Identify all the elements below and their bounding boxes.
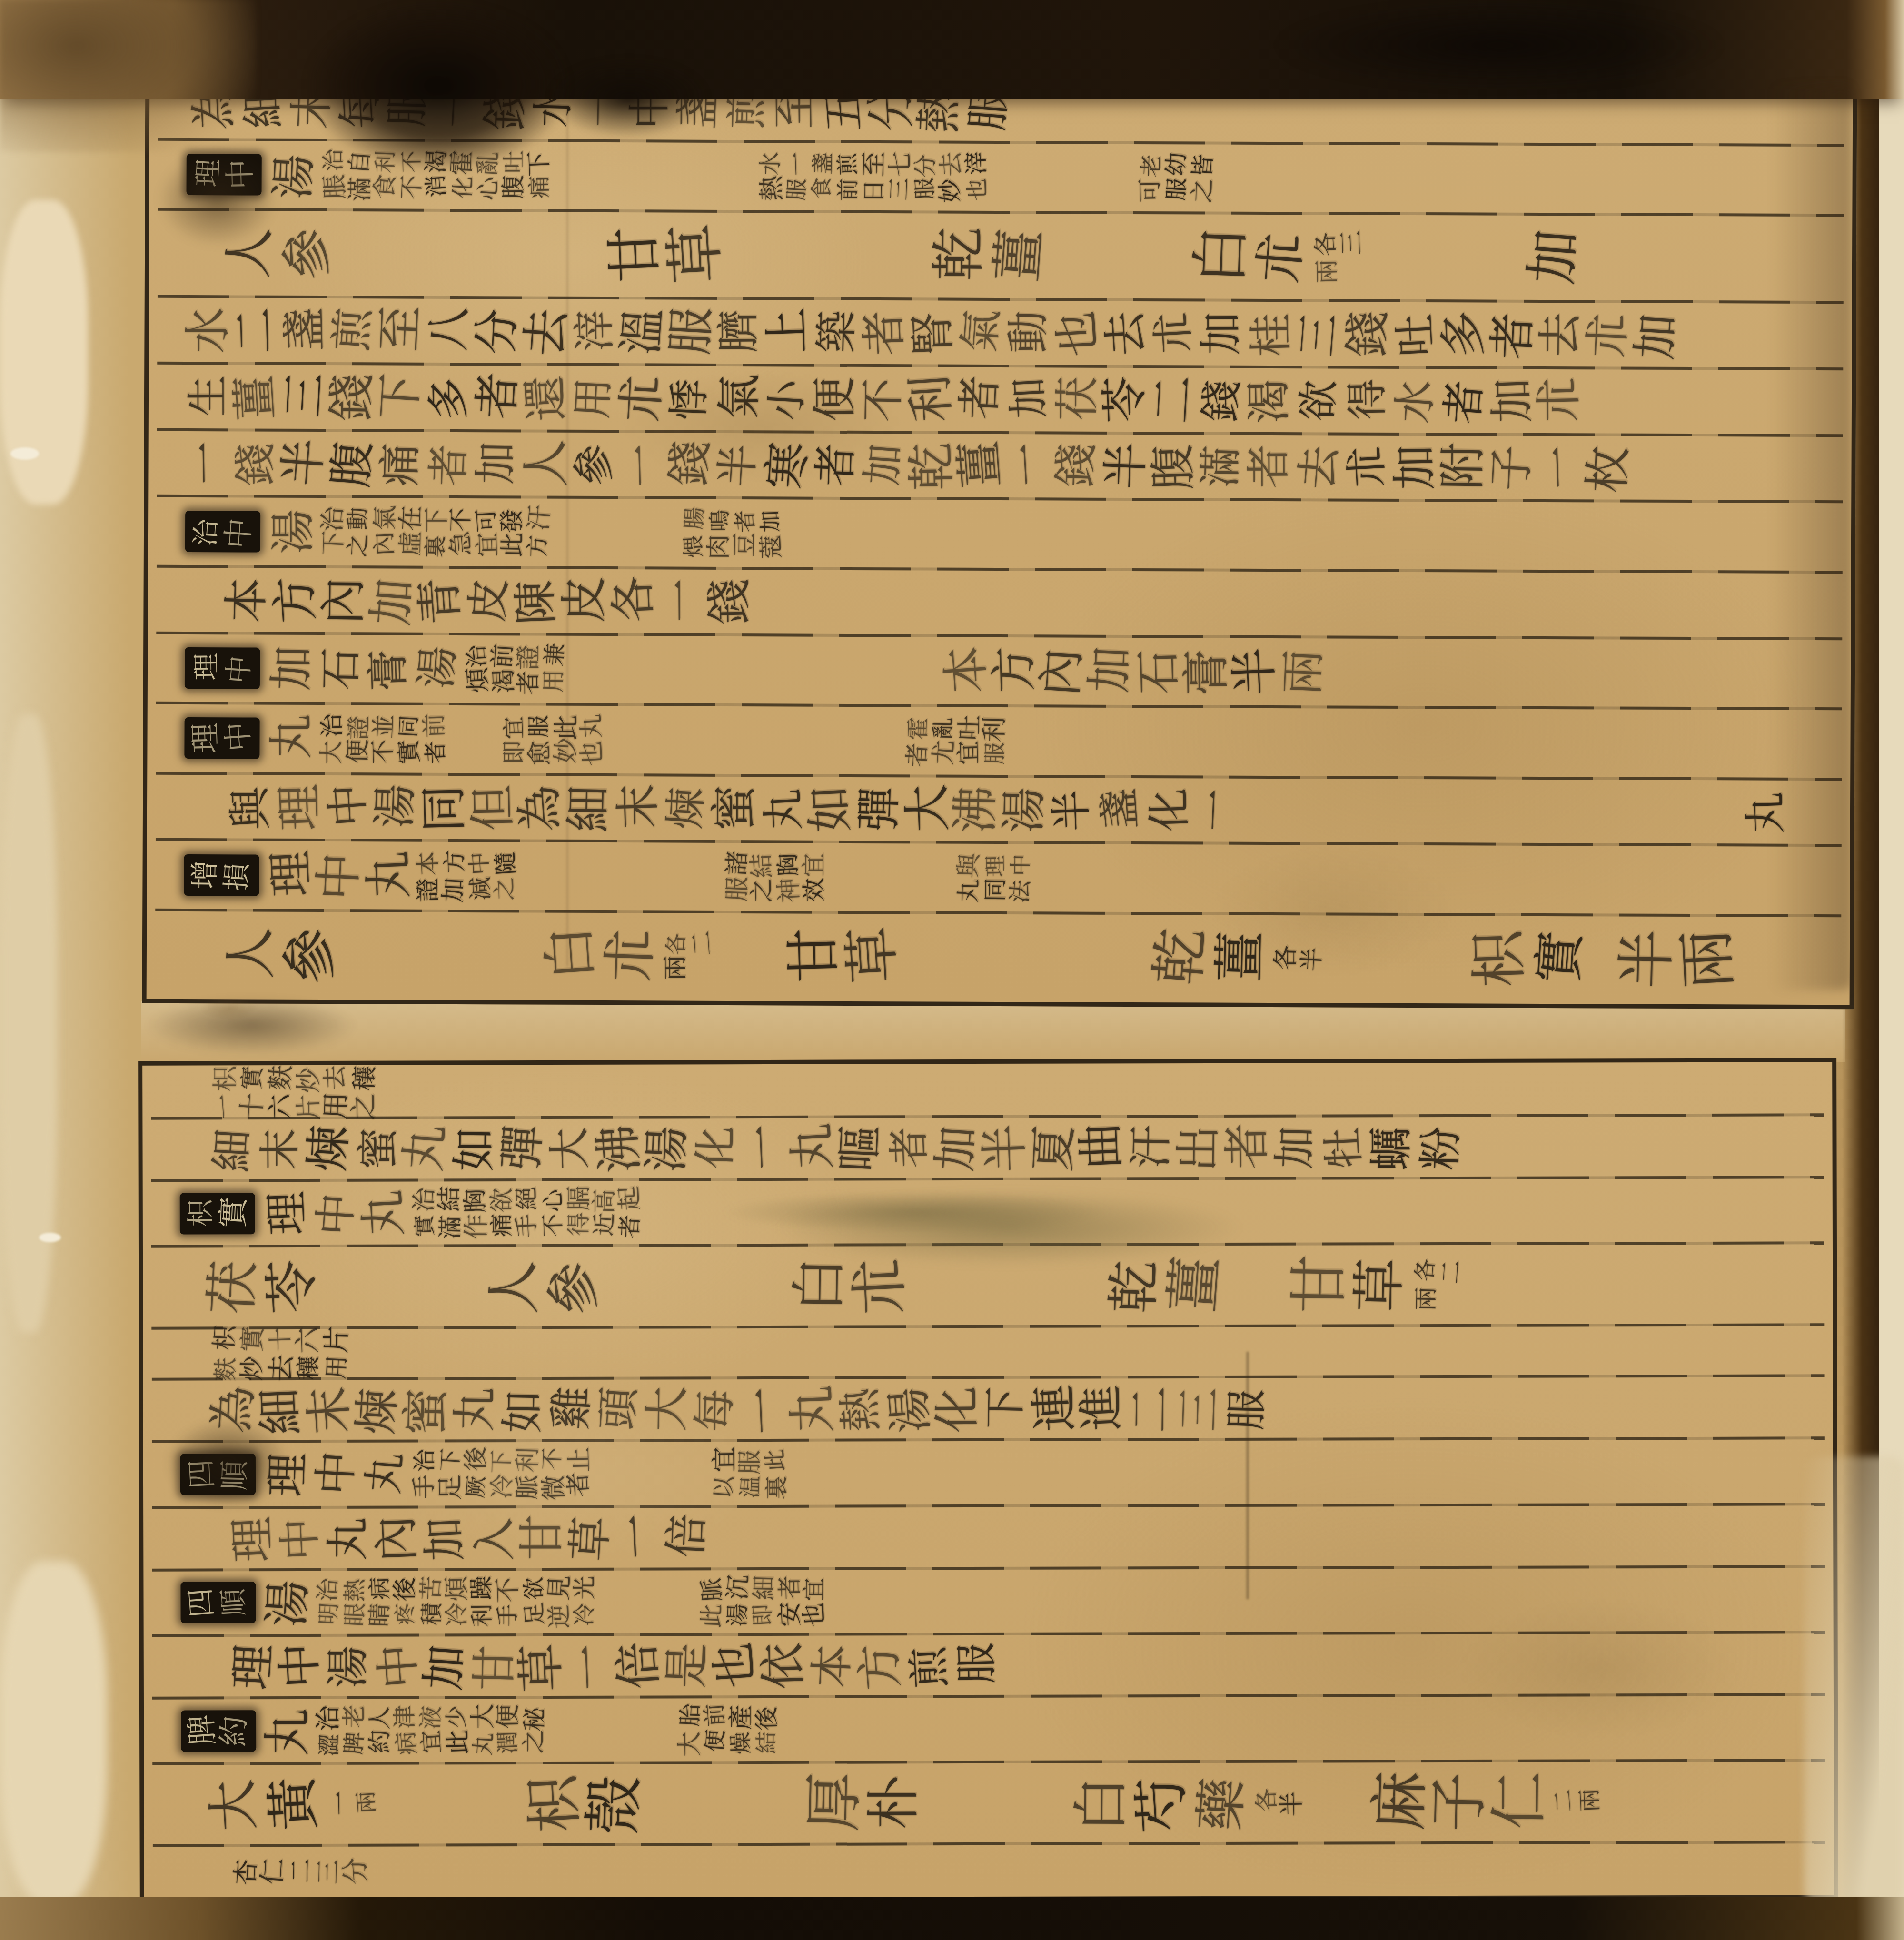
spacing-gap [595,1471,709,1476]
double-line-annotation: 杏仁二三分 [232,1857,371,1885]
double-line-annotation: 各半 [1273,945,1324,970]
annotation-row: 二兩 [1552,1789,1603,1814]
text-run: 枳實 [1470,928,1589,988]
bottom-ink-band [0,1897,1904,1940]
spacing-gap [1049,254,1191,259]
text-line: 理中加石膏湯治前證兼煩渴者用本方內加石膏半兩 [161,633,1837,709]
text-run: 人參 [219,223,339,283]
text-run: 丸 [265,1706,313,1755]
bottom-page: 枳實麩炒去穰一十六片用之細末煉蜜丸如彈大沸湯化一丸嘔者加半夏曲汗出者加牡蠣粉枳實… [138,1058,1838,1902]
double-line-annotation: 二兩 [1552,1789,1603,1814]
spacing-gap [992,175,1135,180]
text-line: 與理中湯同但為細末煉蜜丸如彈大沸湯半盞化一丸 [160,773,1837,846]
left-page-edge [0,0,146,1940]
annotation-row: 治熱病後苦煩躁不欲見光 [316,1576,598,1602]
text-run: 甘草 [784,926,903,986]
double-line-annotation: 老幼皆可服之 [1138,152,1215,204]
spacing-gap [909,1283,1104,1288]
double-line-annotation: 腸鳴者加煨肉豆蔻 [681,507,783,559]
annotation-row: 脈沉細者宜 [699,1575,828,1602]
page-gutter [141,1001,1845,1062]
annotation-row: 服之神效 [724,877,827,903]
annotation-row: 枳實十六片 [211,1326,350,1354]
annotation-row: 治前證兼 [465,643,567,669]
annotation-row: 杏仁二三分 [232,1857,371,1885]
text-line: 一錢半腹痛者加人參一錢半寒者加乾薑一錢半腹滿者去朮加附子一枚 [161,430,1838,502]
spacing-gap [339,251,605,257]
text-line: 理中湯治自利不渴霍亂吐下脹滿食不消化心腹痛水一盞煎至七分去滓熱服食前日三服妙也老… [162,139,1839,216]
paper-glint [10,447,39,460]
annotation-row: 兩 [663,955,714,981]
double-line-annotation: 治自利不渴霍亂吐下脹滿食不消化心腹痛 [321,149,553,202]
text-run: 加石膏湯 [268,644,462,693]
text-run: 枳殼 [524,1774,644,1834]
text-run: 一錢半腹痛者加人參一錢半寒者加乾薑一錢半腹滿者去朮加附子一枚 [183,439,1633,492]
annotation-row: 證加減之 [416,876,518,902]
spacing-gap [550,1728,674,1733]
annotation-row: 脹滿食不消化心腹痛 [321,175,553,202]
spacing-gap [903,954,1151,960]
annotation-row: 霍亂吐利 [905,715,1008,741]
annotation-row: 此湯即安也 [699,1601,828,1627]
double-line-annotation: 一兩 [327,1792,378,1817]
annotation-row: 即愈妙也 [501,739,604,765]
text-run: 厚朴 [805,1773,924,1833]
text-run: 理中丸內加入甘草一倍 [228,1513,711,1563]
text-run: 白朮 [790,1256,909,1316]
spacing-gap [554,530,678,535]
text-run: 人參 [222,924,341,984]
text-run: 湯 [270,150,318,199]
annotation-row: 兩 [1412,1285,1464,1310]
annotation-row: 治證並同前 [319,713,448,739]
text-run: 甘草 [605,225,724,285]
annotation-row: 胎前產後 [676,1704,779,1730]
double-line-annotation: 本方中隨證加減之 [416,850,518,902]
formula-index-label: 四順 [180,1454,256,1495]
text-run: 半兩 [1617,929,1737,989]
double-line-annotation: 水一盞煎至七分去滓熱服食前日三服妙也 [758,151,990,203]
text-run: 湯 [264,1578,313,1627]
text-line: 水二盞煎至八分去滓溫服臍上築者腎氣動也去朮加桂三錢吐多者去朮加 [162,297,1838,369]
spacing-gap [381,1801,524,1807]
text-run: 茯苓 [204,1257,323,1317]
double-line-annotation: 治前證兼煩渴者用 [465,643,567,695]
spacing-gap [724,253,929,258]
annotation-row: 者尤宜服 [905,741,1008,767]
annotation-row: 各二 [663,930,714,955]
right-paper-edge [1879,0,1904,1940]
corner-smudge [0,0,257,152]
text-run: 人參 [485,1257,605,1316]
annotation-row: 大便燥結 [677,1730,780,1755]
formula-index-label: 脾約 [181,1710,256,1752]
text-run: 乾薑 [1150,927,1270,987]
annotation-row: 下之內虛裏急宜此方 [320,532,551,558]
double-line-annotation: 治熱病後苦煩躁不欲見光明眼睛疼積冷利手足逆冷 [316,1576,598,1628]
text-run: 理中丸 [268,851,413,900]
formula-index-label: 理中 [185,647,260,689]
spacing-gap [1223,1283,1290,1287]
annotation-row: 麩炒去穰用 [211,1353,350,1381]
text-run: 加 [1525,228,1585,288]
text-line: 枳實麩炒去穰一十六片用之 [156,1064,1819,1118]
book-scan: 為細末每服一錢水一中盞煎至五分熱服理中湯治自利不渴霍亂吐下脹滿食不消化心腹痛水一… [0,0,1904,1940]
text-line: 枳實理中丸治結胸欲絕心膈高起實滿作痛手不得近者 [156,1177,1819,1247]
spacing-gap [1327,955,1470,960]
text-run: 細末煉蜜丸如彈大沸湯化一丸嘔者加半夏曲汗出者加牡蠣粉 [208,1123,1465,1174]
text-line: 增損理中丸本方中隨證加減之諸結胸宜服之神效與理中丸同法 [160,840,1836,916]
text-run: 白朮 [541,925,660,985]
annotation-row: 諸結胸宜 [724,851,827,877]
text-line: 理中丸治證並同前大便不實者宜服此丸即愈妙也霍亂吐利者尤宜服 [160,703,1837,779]
formula-index-label: 理中 [187,154,262,196]
text-line: 細末煉蜜丸如彈大沸湯化一丸嘔者加半夏曲汗出者加牡蠣粉 [156,1115,1819,1180]
text-run: 水二盞煎至八分去滓溫服臍上築者腎氣動也去朮加桂三錢吐多者去朮加 [183,306,1681,359]
text-run: 丸 [268,714,317,763]
ink-smudge [722,1190,1112,1234]
text-run: 為細末煉蜜丸如雞頭大每一丸熱湯化下連進二三服 [209,1384,1272,1435]
annotation-row: 熱服食前日三服妙也 [758,177,990,203]
double-line-annotation: 霍亂吐利者尤宜服 [905,715,1008,767]
formula-index-label: 四順 [180,1582,256,1623]
annotation-row: 丸同法 [956,878,1033,904]
double-line-annotation: 與理中丸同法 [956,852,1033,904]
annotation-row: 澀脾約病宜此丸潤之 [316,1730,547,1756]
text-line: 四順湯治熱病後苦煩躁不欲見光明眼睛疼積冷利手足逆冷脈沉細者宜此湯即安也 [157,1566,1820,1636]
double-line-annotation: 胎前產後大便燥結 [676,1704,779,1755]
text-line: 枳實十六片麩炒去穰用 [156,1325,1819,1379]
text-run: 理中湯中加甘草一倍是也依本方煎服 [228,1641,1002,1691]
spacing-gap [607,737,902,743]
annotation-row: 各半 [1273,945,1324,970]
spacing-gap [521,874,721,879]
spacing-gap [451,737,498,742]
annotation-row: 明眼睛疼積冷利手足逆冷 [316,1602,598,1628]
annotation-row: 治下後下利不止 [412,1448,592,1474]
double-line-annotation: 治動氣在下不可發汗下之內虛裏急宜此方 [320,506,551,558]
text-line: 本方內加青皮陳皮各一錢 [161,566,1837,639]
text-line: 治中湯治動氣在下不可發汗下之內虛裏急宜此方腸鳴者加煨肉豆蔻 [161,496,1838,572]
text-line: 理中湯中加甘草一倍是也依本方煎服 [157,1632,1820,1698]
double-line-annotation: 宜服此以温裏 [712,1447,789,1499]
annotation-row: 治老人津液少大便秘 [316,1704,547,1731]
text-line: 脾約丸治老人津液少大便秘澀脾約病宜此丸潤之胎前產後大便燥結 [157,1694,1820,1764]
annotation-row: 各三 [1313,231,1365,257]
spacing-gap [717,953,784,958]
annotation-row: 手足厥冷脈微者 [412,1474,592,1500]
annotation-row: 各半 [1254,1790,1305,1815]
annotation-row: 一十六片用之 [211,1092,377,1120]
spacing-gap [643,1801,805,1806]
text-line: 四順理中丸治下後下利不止手足厥冷脈微者宜服此以温裏 [157,1438,1820,1507]
annotation-row: 煨肉豆蔻 [681,533,783,559]
double-line-annotation: 治結胸欲絕心膈高起實滿作痛手不得近者 [411,1187,643,1239]
text-run: 乾薑 [929,226,1049,286]
top-page: 為細末每服一錢水一中盞煎至五分熱服理中湯治自利不渴霍亂吐下脹滿食不消化心腹痛水一… [142,67,1857,1010]
spacing-gap [323,1284,485,1289]
text-run: 白朮 [1191,227,1310,287]
text-line: 茯苓人參白朮乾薑甘草各二兩 [156,1243,1819,1328]
annotation-row: 本方中隨 [416,850,518,876]
text-line: 理中丸內加入甘草一倍 [157,1504,1820,1570]
spacing-gap [570,667,942,673]
annotation-row: 枳實麩炒去穰 [211,1065,377,1093]
text-line: 杏仁二三分 [158,1842,1821,1896]
text-run: 乾薑 [1104,1256,1224,1316]
formula-index-label: 理中 [184,718,259,760]
double-line-annotation: 各二兩 [663,930,714,981]
double-line-annotation: 宜服此丸即愈妙也 [501,713,604,765]
annotation-row: 各二 [1412,1259,1464,1285]
double-line-annotation: 脈沉細者宜此湯即安也 [699,1575,828,1627]
annotation-row: 與理中 [956,852,1033,878]
spacing-gap [645,1210,722,1215]
double-line-annotation: 各半 [1254,1790,1305,1815]
formula-index-label: 治中 [185,511,260,553]
spacing-gap [1368,255,1525,260]
annotation-row: 腸鳴者加 [681,507,783,534]
annotation-row: 治自利不渴霍亂吐下 [321,149,553,176]
spacing-gap [601,1599,696,1604]
annotation-row: 可服之 [1138,178,1215,204]
text-run: 本方內加石膏半兩 [942,646,1328,696]
formula-index-label: 枳實 [180,1193,255,1234]
spacing-gap [1242,808,1742,814]
spacing-gap [604,1284,790,1289]
annotation-row: 治動氣在下不可發汗 [320,506,551,533]
annotation-row: 宜服此 [712,1447,789,1473]
annotation-row: 一兩 [327,1792,378,1817]
spacing-gap [341,952,541,957]
annotation-row: 治結胸欲絕心膈高起 [411,1187,643,1213]
spacing-gap [830,875,953,880]
spacing-gap [1308,1800,1370,1804]
text-line: 人參白朮各二兩甘草乾薑各半枳實半兩 [160,910,1837,1003]
text-run: 麻子仁 [1370,1772,1549,1832]
annotation-row: 實滿作痛手不得近者 [411,1213,643,1239]
text-run: 大黃 [205,1774,324,1834]
formula-index-label: 增損 [184,854,259,896]
text-run: 丸 [1742,788,1790,836]
double-line-annotation: 各三兩 [1313,231,1365,283]
text-line: 為細末煉蜜丸如雞頭大每一丸熱湯化下連進二三服 [157,1376,1820,1441]
text-run: 生薑三錢下多者還用朮悸氣小便不利者加茯苓二錢渴欲得水者加朮 [183,372,1585,426]
text-run: 甘草 [1290,1255,1409,1315]
text-run: 湯 [269,507,317,556]
text-run: 本方內加青皮陳皮各一錢 [223,575,754,625]
double-line-annotation: 枳實麩炒去穰一十六片用之 [211,1065,377,1120]
double-line-annotation: 治證並同前大便不實者 [319,713,448,765]
double-line-annotation: 諸結胸宜服之神效 [724,851,827,903]
annotation-row: 煩渴者用 [465,669,567,695]
text-run: 與理中湯同但為細末煉蜜丸如彈大沸湯半盞化一 [227,782,1242,834]
spacing-gap [555,173,755,178]
text-line: 生薑三錢下多者還用朮悸氣小便不利者加茯苓二錢渴欲得水者加朮 [162,363,1838,436]
top-ink-band [0,0,1904,99]
annotation-row: 兩 [1313,257,1365,283]
annotation-row: 以温裏 [712,1473,789,1499]
double-line-annotation: 各二兩 [1412,1259,1464,1310]
annotation-row: 大便不實者 [319,739,448,765]
double-line-annotation: 治老人津液少大便秘澀脾約病宜此丸潤之 [316,1704,547,1756]
double-line-annotation: 枳實十六片麩炒去穰用 [211,1326,350,1381]
text-run: 白芍藥 [1072,1772,1251,1832]
text-run: 理中丸 [264,1450,409,1498]
spacing-gap [924,1801,1072,1806]
annotation-row: 水一盞煎至七分去滓 [758,151,990,178]
text-line: 人參甘草乾薑白朮各三兩加 [162,209,1839,302]
text-run: 理中丸 [264,1189,409,1237]
text-line: 大黃一兩枳殼厚朴白芍藥各半麻子仁二兩 [157,1761,1820,1846]
annotation-row: 老幼皆 [1138,152,1215,178]
paper-glint [39,1233,61,1242]
double-line-annotation: 治下後下利不止手足厥冷脈微者 [412,1448,592,1500]
